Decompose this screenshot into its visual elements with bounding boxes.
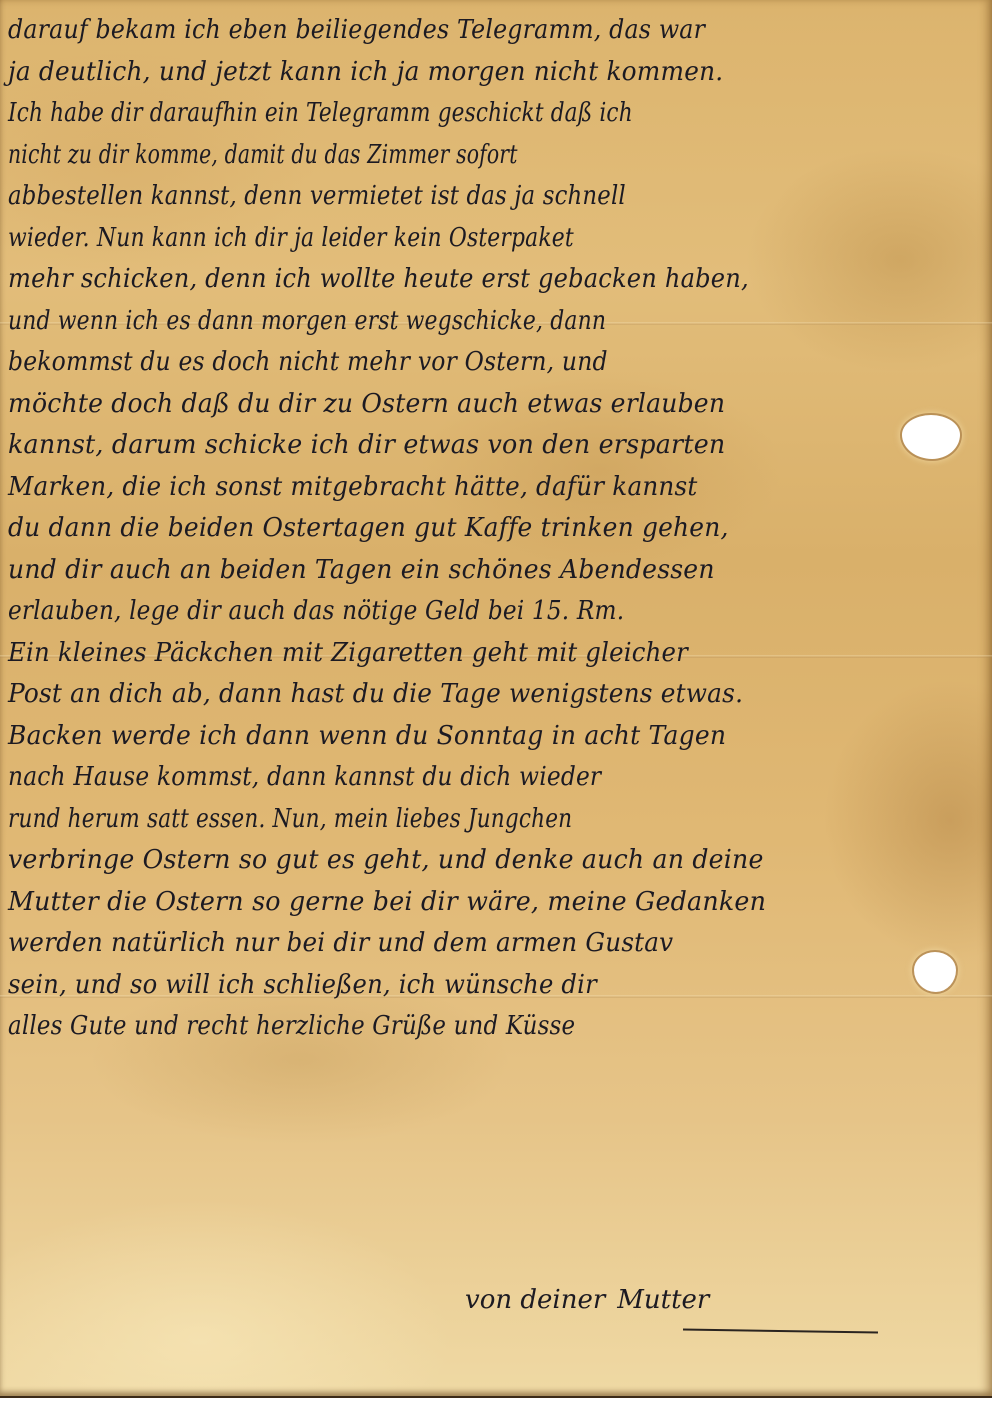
letter-line: werden natürlich nur bei dir und dem arm… [8, 923, 933, 965]
closing-prefix: von deiner [465, 1285, 605, 1315]
letter-line: und dir auch an beiden Tagen ein schönes… [8, 550, 948, 592]
letter-line: erlauben, lege dir auch das nötige Geld … [8, 591, 878, 633]
letter-line: du dann die beiden Ostertagen gut Kaffe … [8, 508, 943, 550]
letter-line: nicht zu dir komme, damit du das Zimmer … [8, 135, 773, 177]
letter-line: Marken, die ich sonst mitgebracht hätte,… [8, 467, 933, 509]
letter-line: darauf bekam ich eben beiliegendes Teleg… [8, 10, 896, 52]
signature-name: Mutter [617, 1285, 709, 1315]
letter-line: alles Gute und recht herzliche Grüße und… [8, 1006, 868, 1048]
letter-page: darauf bekam ich eben beiliegendes Teleg… [0, 0, 992, 1398]
letter-line: verbringe Ostern so gut es geht, und den… [8, 840, 953, 882]
letter-body: darauf bekam ich eben beiliegendes Teleg… [8, 10, 983, 1048]
letter-line: Ein kleines Päckchen mit Zigaretten geht… [8, 633, 923, 675]
letter-line: rund herum satt essen. Nun, mein liebes … [8, 799, 818, 841]
letter-line: Mutter die Ostern so gerne bei dir wäre,… [8, 882, 958, 924]
letter-line: Ich habe dir daraufhin ein Telegramm ges… [8, 93, 818, 135]
letter-line: nach Hause kommst, dann kannst du dich w… [8, 757, 883, 799]
letter-line: bekommst du es doch nicht mehr vor Oster… [8, 342, 888, 384]
letter-closing: von deinerMutter [465, 1285, 709, 1315]
letter-line: Post an dich ab, dann hast du die Tage w… [8, 674, 938, 716]
signature-underline [683, 1328, 878, 1333]
letter-line: kannst, darum schicke ich dir etwas von … [8, 425, 958, 467]
letter-line: sein, und so will ich schließen, ich wün… [8, 965, 918, 1007]
letter-line: und wenn ich es dann morgen erst wegschi… [8, 301, 828, 343]
letter-line: mehr schicken, denn ich wollte heute ers… [8, 259, 913, 301]
letter-line: wieder. Nun kann ich dir ja leider kein … [8, 218, 828, 260]
letter-line: abbestellen kannst, denn vermietet ist d… [8, 176, 863, 218]
letter-line: möchte doch daß du dir zu Ostern auch et… [8, 384, 948, 426]
letter-line: ja deutlich, und jetzt kann ich ja morge… [8, 52, 938, 94]
letter-line: Backen werde ich dann wenn du Sonntag in… [8, 716, 948, 758]
